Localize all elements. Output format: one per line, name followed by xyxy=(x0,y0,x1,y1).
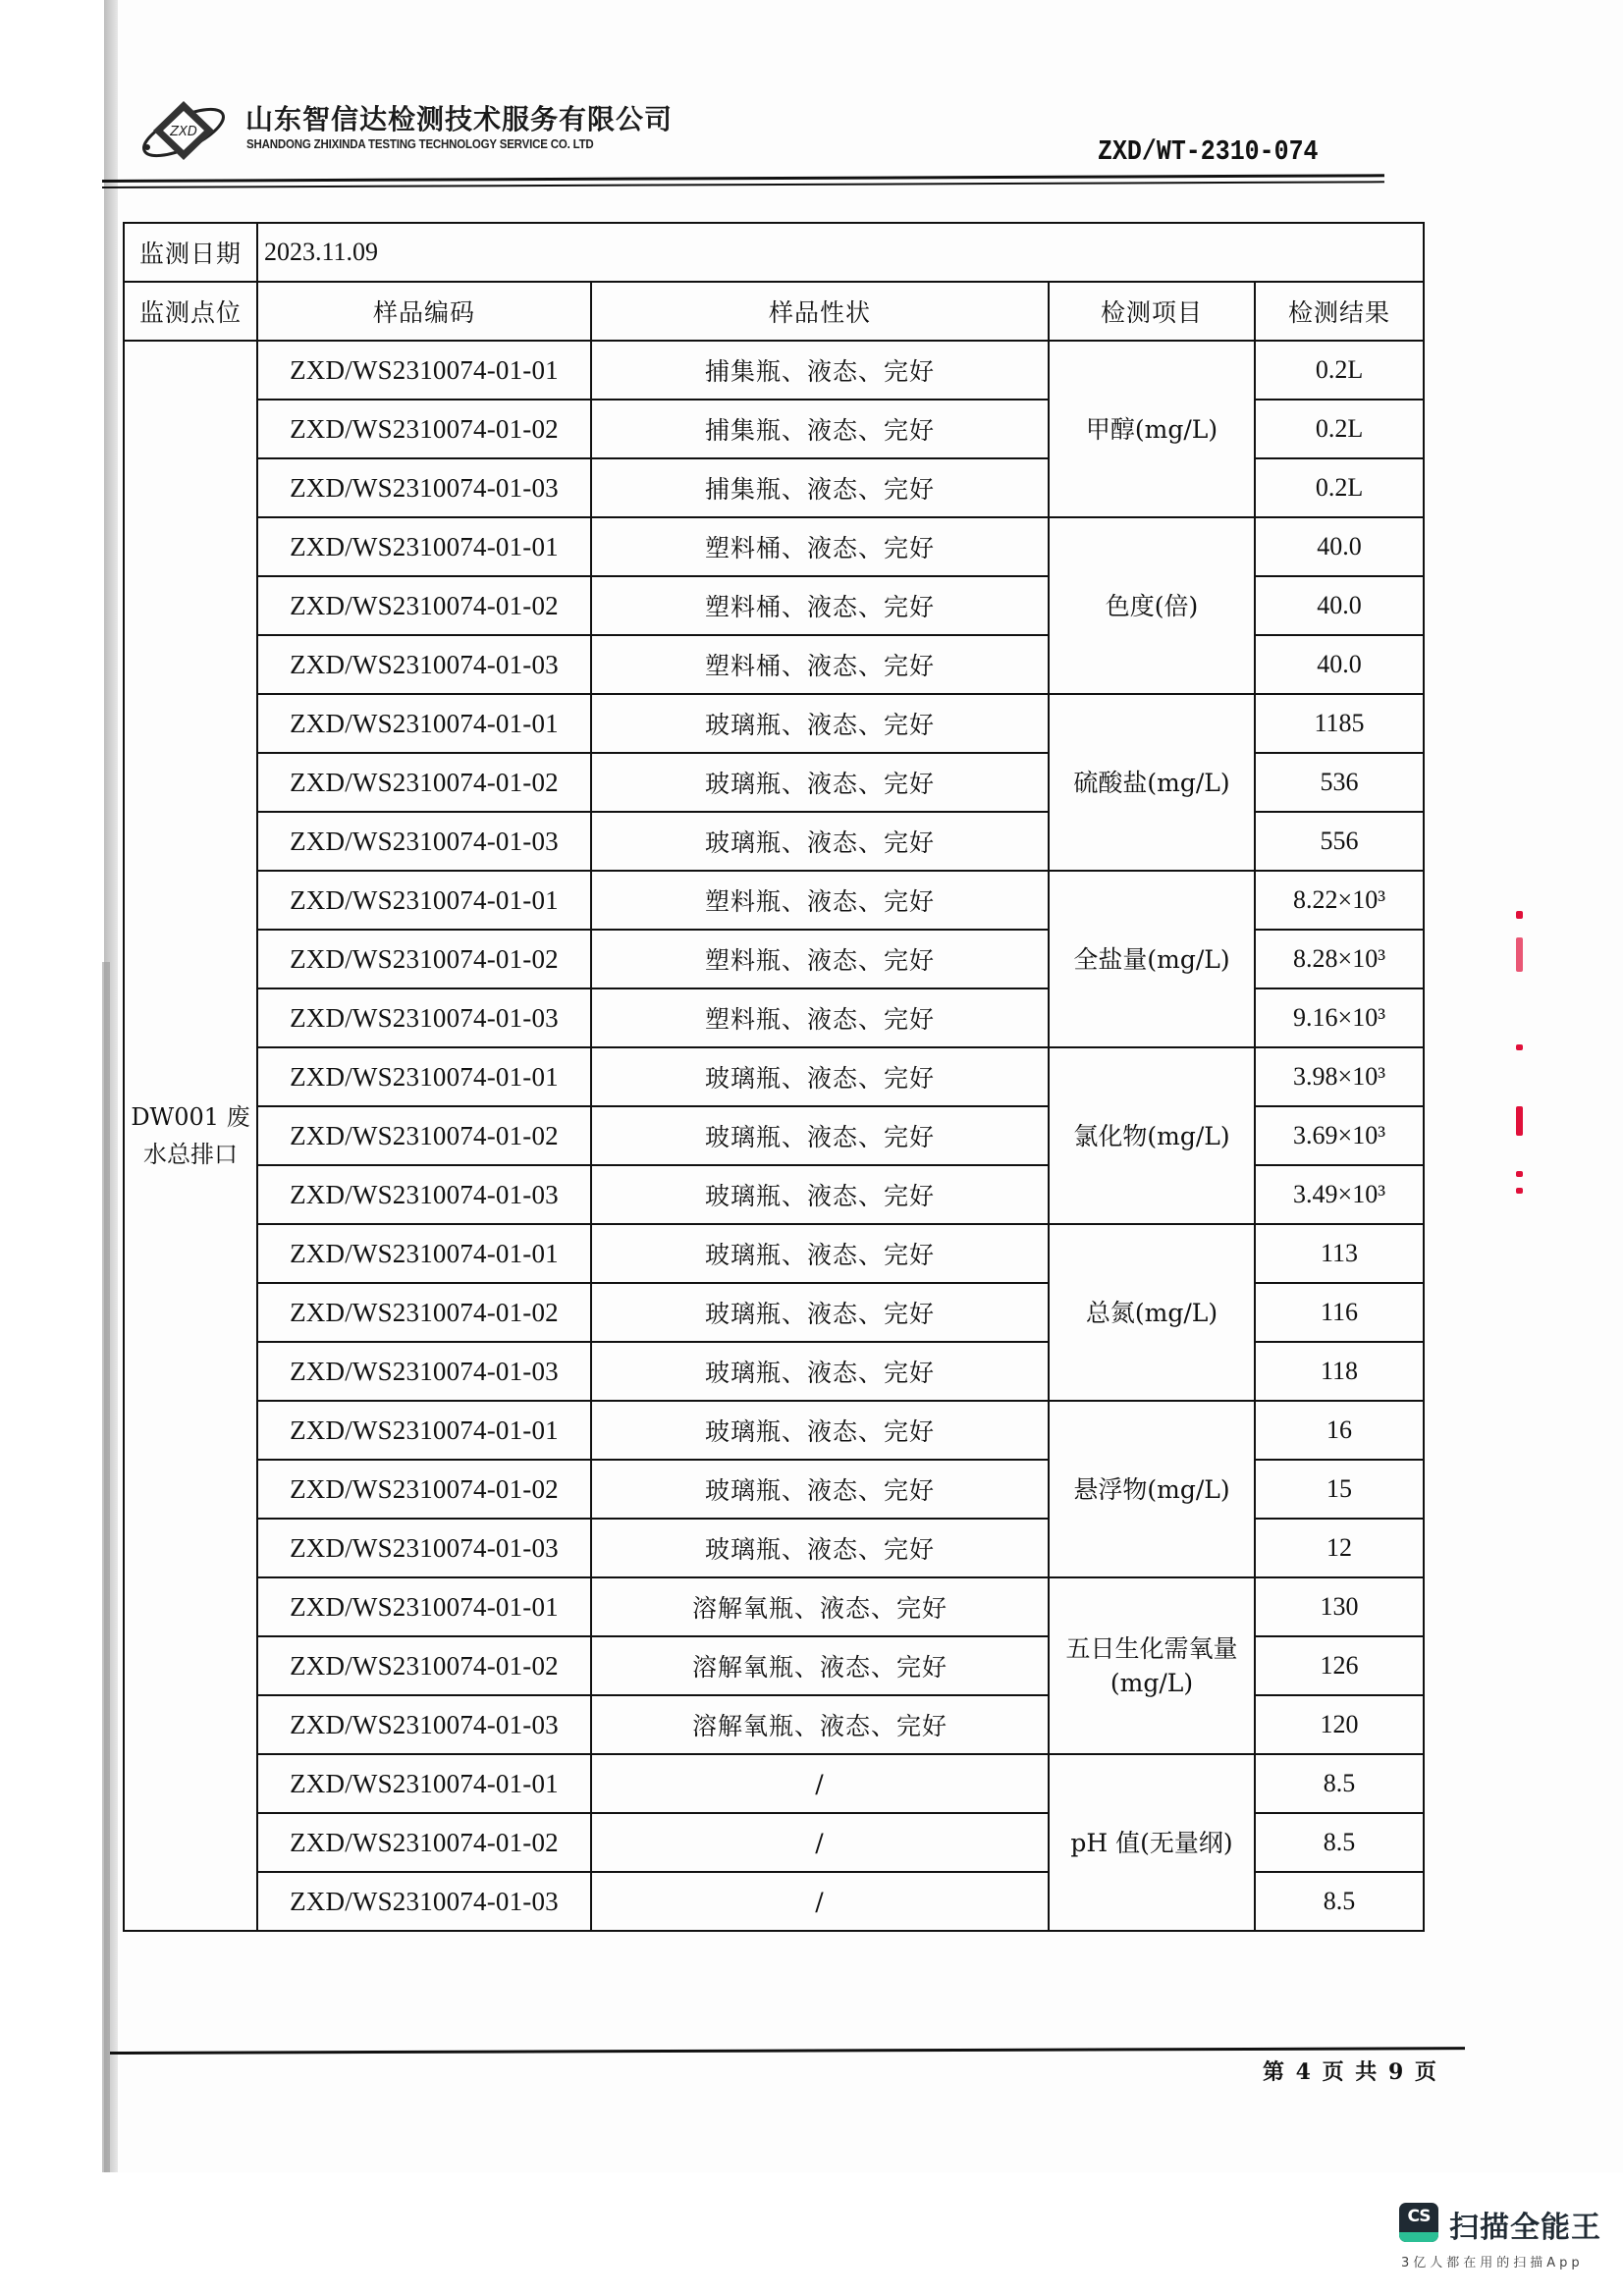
sample-condition: 玻璃瓶、液态、完好 xyxy=(591,1165,1049,1224)
sample-code: ZXD/WS2310074-01-02 xyxy=(257,1106,591,1165)
sample-code: ZXD/WS2310074-01-01 xyxy=(257,871,591,930)
test-item: 五日生化需氧量(mg/L) xyxy=(1049,1577,1255,1754)
test-item: 悬浮物(mg/L) xyxy=(1049,1401,1255,1577)
test-result: 3.69×10³ xyxy=(1255,1106,1424,1165)
test-result: 9.16×10³ xyxy=(1255,988,1424,1047)
sample-code: ZXD/WS2310074-01-02 xyxy=(257,576,591,635)
column-header-test-item: 检测项目 xyxy=(1049,282,1255,341)
table-row: DW001 废水总排口ZXD/WS2310074-01-01捕集瓶、液态、完好甲… xyxy=(124,341,1424,400)
sample-condition: 捕集瓶、液态、完好 xyxy=(591,458,1049,517)
sample-code: ZXD/WS2310074-01-03 xyxy=(257,988,591,1047)
column-header-sample-condition: 样品性状 xyxy=(591,282,1049,341)
sample-code: ZXD/WS2310074-01-03 xyxy=(257,812,591,871)
test-result: 8.28×10³ xyxy=(1255,930,1424,988)
sample-code: ZXD/WS2310074-01-01 xyxy=(257,341,591,400)
column-header-result: 检测结果 xyxy=(1255,282,1424,341)
sample-code: ZXD/WS2310074-01-03 xyxy=(257,1165,591,1224)
sample-condition: 塑料桶、液态、完好 xyxy=(591,517,1049,576)
camscanner-logo-icon: CS xyxy=(1399,2203,1438,2242)
site-line: DW001 废 xyxy=(125,1098,256,1136)
test-item-line: 五日生化需氧量 xyxy=(1050,1631,1254,1666)
sample-code: ZXD/WS2310074-01-02 xyxy=(257,753,591,812)
test-result: 0.2L xyxy=(1255,341,1424,400)
date-row: 监测日期 2023.11.09 xyxy=(124,223,1424,282)
company-name-cn: 山东智信达检测技术服务有限公司 xyxy=(245,98,673,137)
sample-condition: 玻璃瓶、液态、完好 xyxy=(591,1224,1049,1283)
test-item: 总氮(mg/L) xyxy=(1049,1224,1255,1401)
stamp-fragment xyxy=(1516,1188,1523,1194)
sample-code: ZXD/WS2310074-01-01 xyxy=(257,517,591,576)
test-result: 118 xyxy=(1255,1342,1424,1401)
sample-condition: 玻璃瓶、液态、完好 xyxy=(591,1401,1049,1460)
stamp-fragment xyxy=(1516,1106,1523,1136)
stamp-fragment xyxy=(1516,911,1523,919)
sample-condition: 捕集瓶、液态、完好 xyxy=(591,400,1049,458)
sample-condition: 玻璃瓶、液态、完好 xyxy=(591,753,1049,812)
sample-code: ZXD/WS2310074-01-01 xyxy=(257,1401,591,1460)
test-result: 40.0 xyxy=(1255,635,1424,694)
test-item: 硫酸盐(mg/L) xyxy=(1049,694,1255,871)
test-result: 12 xyxy=(1255,1519,1424,1577)
date-label: 监测日期 xyxy=(124,223,257,282)
test-result: 113 xyxy=(1255,1224,1424,1283)
page-indicator: 第 4 页 共 9 页 xyxy=(1263,2056,1438,2086)
sample-code: ZXD/WS2310074-01-03 xyxy=(257,1342,591,1401)
sample-code: ZXD/WS2310074-01-02 xyxy=(257,1460,591,1519)
table-row: ZXD/WS2310074-01-01玻璃瓶、液态、完好氯化物(mg/L)3.9… xyxy=(124,1047,1424,1106)
sample-condition: 玻璃瓶、液态、完好 xyxy=(591,812,1049,871)
test-result: 40.0 xyxy=(1255,517,1424,576)
sample-code: ZXD/WS2310074-01-01 xyxy=(257,1224,591,1283)
table-row: ZXD/WS2310074-01-01玻璃瓶、液态、完好悬浮物(mg/L)16 xyxy=(124,1401,1424,1460)
test-item: 氯化物(mg/L) xyxy=(1049,1047,1255,1224)
test-result: 8.5 xyxy=(1255,1754,1424,1813)
test-item: 甲醇(mg/L) xyxy=(1049,341,1255,517)
table-row: ZXD/WS2310074-01-01玻璃瓶、液态、完好硫酸盐(mg/L)118… xyxy=(124,694,1424,753)
table-row: ZXD/WS2310074-01-01/pH 值(无量纲)8.5 xyxy=(124,1754,1424,1813)
test-item-line: (mg/L) xyxy=(1050,1666,1254,1700)
test-result: 0.2L xyxy=(1255,400,1424,458)
test-result: 536 xyxy=(1255,753,1424,812)
test-result: 16 xyxy=(1255,1401,1424,1460)
sample-code: ZXD/WS2310074-01-01 xyxy=(257,1577,591,1636)
sample-code: ZXD/WS2310074-01-02 xyxy=(257,400,591,458)
sample-condition: / xyxy=(591,1872,1049,1931)
sample-condition: 塑料瓶、液态、完好 xyxy=(591,930,1049,988)
stamp-fragment xyxy=(1516,937,1523,972)
sample-condition: 塑料桶、液态、完好 xyxy=(591,635,1049,694)
test-result: 116 xyxy=(1255,1283,1424,1342)
report-number: ZXD/WT-2310-074 xyxy=(1098,135,1319,168)
sample-condition: / xyxy=(591,1813,1049,1872)
header-row: 监测点位 样品编码 样品性状 检测项目 检测结果 xyxy=(124,282,1424,341)
company-name-en: SHANDONG ZHIXINDA TESTING TECHNOLOGY SER… xyxy=(246,137,594,151)
sample-code: ZXD/WS2310074-01-01 xyxy=(257,1047,591,1106)
date-value: 2023.11.09 xyxy=(257,223,1424,282)
svg-text:ZXD: ZXD xyxy=(169,125,197,139)
sample-code: ZXD/WS2310074-01-01 xyxy=(257,694,591,753)
test-result: 3.49×10³ xyxy=(1255,1165,1424,1224)
test-result: 130 xyxy=(1255,1577,1424,1636)
sample-condition: 玻璃瓶、液态、完好 xyxy=(591,1283,1049,1342)
sample-code: ZXD/WS2310074-01-03 xyxy=(257,635,591,694)
test-item: 全盐量(mg/L) xyxy=(1049,871,1255,1047)
table-row: ZXD/WS2310074-01-01塑料瓶、液态、完好全盐量(mg/L)8.2… xyxy=(124,871,1424,930)
test-result: 1185 xyxy=(1255,694,1424,753)
sample-condition: 捕集瓶、液态、完好 xyxy=(591,341,1049,400)
sample-condition: 塑料桶、液态、完好 xyxy=(591,576,1049,635)
sample-condition: 溶解氧瓶、液态、完好 xyxy=(591,1577,1049,1636)
column-header-site: 监测点位 xyxy=(124,282,257,341)
page-edge-shadow-dark xyxy=(102,962,110,2172)
site-line: 水总排口 xyxy=(125,1136,256,1173)
watermark-app-name: 扫描全能王 xyxy=(1449,2203,1601,2246)
column-header-sample-code: 样品编码 xyxy=(257,282,591,341)
test-result: 3.98×10³ xyxy=(1255,1047,1424,1106)
test-result: 8.5 xyxy=(1255,1872,1424,1931)
sample-code: ZXD/WS2310074-01-03 xyxy=(257,1519,591,1577)
sample-condition: / xyxy=(591,1754,1049,1813)
test-item: pH 值(无量纲) xyxy=(1049,1754,1255,1931)
sample-condition: 溶解氧瓶、液态、完好 xyxy=(591,1695,1049,1754)
sample-code: ZXD/WS2310074-01-02 xyxy=(257,1813,591,1872)
sample-code: ZXD/WS2310074-01-01 xyxy=(257,1754,591,1813)
test-item: 色度(倍) xyxy=(1049,517,1255,694)
test-result: 126 xyxy=(1255,1636,1424,1695)
sample-condition: 玻璃瓶、液态、完好 xyxy=(591,1460,1049,1519)
test-result: 8.22×10³ xyxy=(1255,871,1424,930)
sample-code: ZXD/WS2310074-01-03 xyxy=(257,458,591,517)
company-logo-icon: ZXD xyxy=(137,93,231,167)
table-row: ZXD/WS2310074-01-01玻璃瓶、液态、完好总氮(mg/L)113 xyxy=(124,1224,1424,1283)
table-row: ZXD/WS2310074-01-01溶解氧瓶、液态、完好五日生化需氧量(mg/… xyxy=(124,1577,1424,1636)
sample-code: ZXD/WS2310074-01-03 xyxy=(257,1695,591,1754)
sample-condition: 塑料瓶、液态、完好 xyxy=(591,871,1049,930)
test-result: 15 xyxy=(1255,1460,1424,1519)
stamp-fragment xyxy=(1516,1044,1523,1050)
sample-condition: 玻璃瓶、液态、完好 xyxy=(591,1047,1049,1106)
monitoring-site: DW001 废水总排口 xyxy=(124,341,257,1931)
results-table: 监测日期 2023.11.09 监测点位 样品编码 样品性状 检测项目 检测结果… xyxy=(123,222,1425,1932)
sample-code: ZXD/WS2310074-01-02 xyxy=(257,1283,591,1342)
sample-code: ZXD/WS2310074-01-02 xyxy=(257,930,591,988)
test-result: 0.2L xyxy=(1255,458,1424,517)
test-result: 40.0 xyxy=(1255,576,1424,635)
test-result: 8.5 xyxy=(1255,1813,1424,1872)
sample-condition: 玻璃瓶、液态、完好 xyxy=(591,694,1049,753)
sample-code: ZXD/WS2310074-01-02 xyxy=(257,1636,591,1695)
test-result: 120 xyxy=(1255,1695,1424,1754)
sample-condition: 玻璃瓶、液态、完好 xyxy=(591,1106,1049,1165)
sample-condition: 玻璃瓶、液态、完好 xyxy=(591,1342,1049,1401)
sample-code: ZXD/WS2310074-01-03 xyxy=(257,1872,591,1931)
sample-condition: 溶解氧瓶、液态、完好 xyxy=(591,1636,1049,1695)
stamp-fragment xyxy=(1516,1171,1523,1177)
sample-condition: 玻璃瓶、液态、完好 xyxy=(591,1519,1049,1577)
table-row: ZXD/WS2310074-01-01塑料桶、液态、完好色度(倍)40.0 xyxy=(124,517,1424,576)
test-result: 556 xyxy=(1255,812,1424,871)
watermark-tagline: 3亿人都在用的扫描App xyxy=(1401,2252,1584,2270)
sample-condition: 塑料瓶、液态、完好 xyxy=(591,988,1049,1047)
